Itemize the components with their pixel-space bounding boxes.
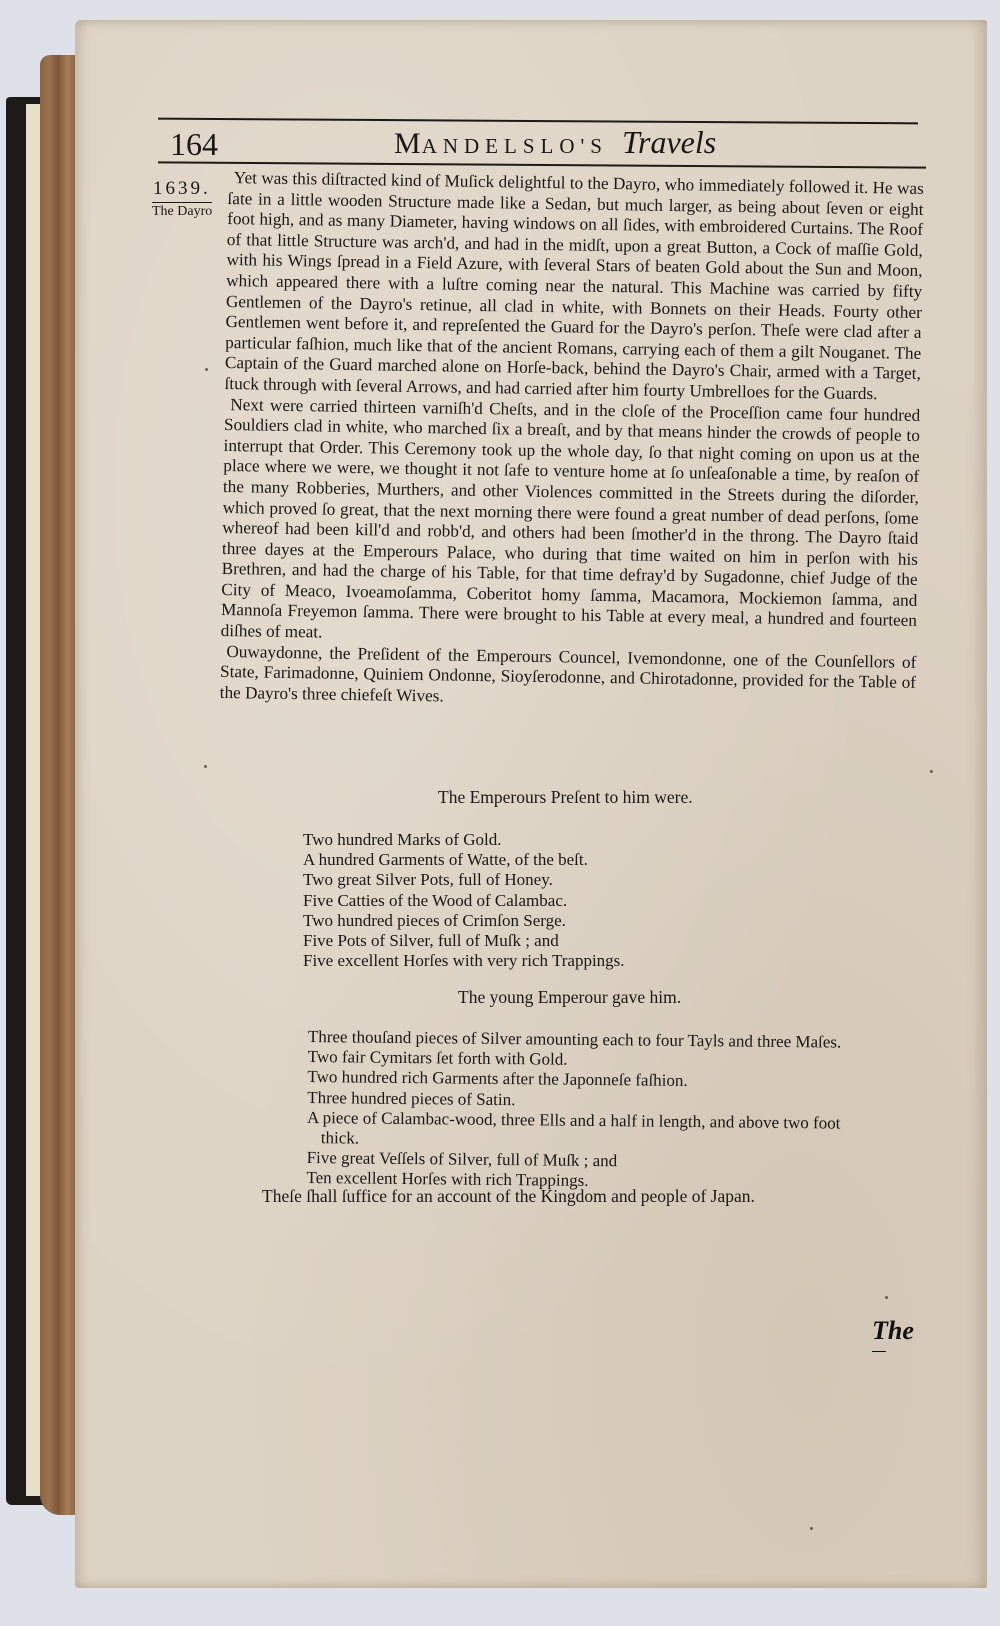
gift-list: Three thouſand pieces of Silver amountin… [306, 1027, 928, 1195]
list-item: A hundred Garments of Watte, of the beſt… [303, 850, 625, 870]
closing-sentence: Theſe ſhall ſuffice for an account of th… [262, 1186, 755, 1207]
margin-note: The Dayro [152, 202, 212, 220]
list-item: Two hundred pieces of Crimſon Serge. [303, 911, 625, 931]
foxing-speck [205, 368, 208, 371]
list-item: Five excellent Horſes with very rich Tra… [303, 951, 625, 971]
paragraph: Next were carried thirteen varniſh'd Che… [221, 395, 921, 653]
list-item: Five Catties of the Wood of Calambac. [303, 891, 625, 911]
margin-year: 1639. [153, 178, 211, 200]
page-number: 164 [170, 126, 218, 163]
gift-list: Two hundred Marks of Gold. A hundred Gar… [303, 830, 625, 971]
running-title: MANDELSLO'STravels [394, 124, 716, 161]
foxing-speck [204, 765, 207, 768]
paragraph: Ouwaydonne, the Preſident of the Emperou… [220, 642, 917, 715]
catchword: The [872, 1316, 914, 1346]
foxing-speck [885, 1296, 888, 1299]
list-item: Five Pots of Silver, full of Muſk ; and [303, 931, 625, 951]
list-item: Two hundred Marks of Gold. [303, 830, 625, 850]
running-header: 164 MANDELSLO'STravels [160, 124, 920, 164]
section-heading: The Emperours Preſent to him were. [438, 787, 693, 808]
foxing-speck [810, 1527, 813, 1530]
section-heading: The young Emperour gave him. [458, 987, 681, 1008]
foxing-speck [930, 770, 933, 773]
list-item: Two great Silver Pots, full of Honey. [303, 870, 625, 890]
paragraph: Yet was this diſtracted kind of Muſick d… [224, 168, 923, 405]
body-text: Yet was this diſtracted kind of Muſick d… [220, 168, 924, 714]
